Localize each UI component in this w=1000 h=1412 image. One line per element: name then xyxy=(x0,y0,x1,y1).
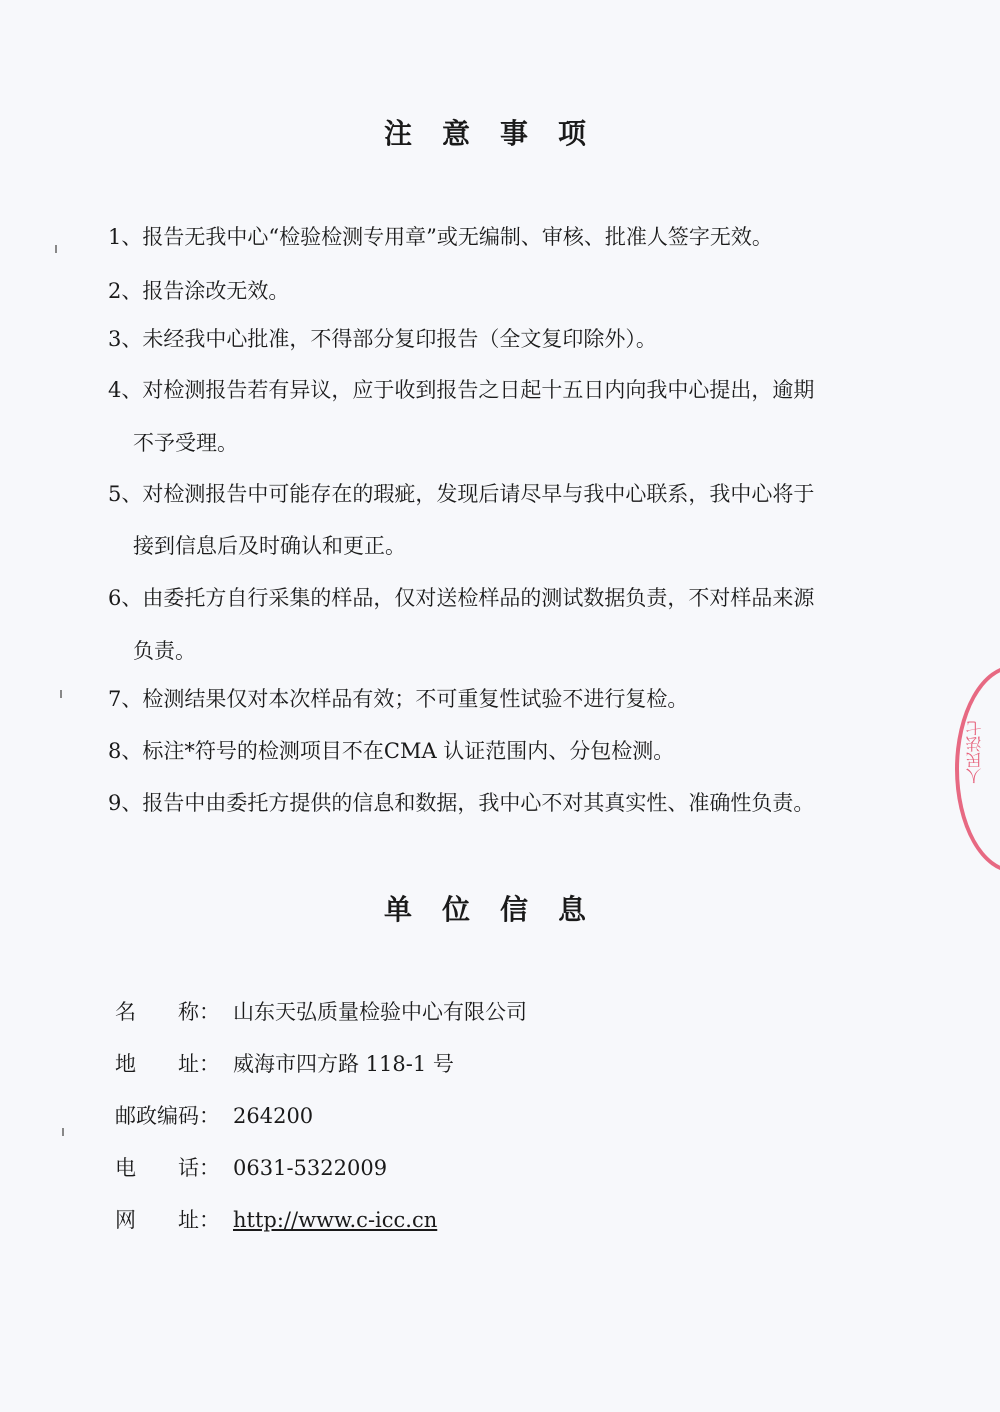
notice-item-8: 8、标注*符号的检测项目不在CMA 认证范围内、分包检测。 xyxy=(108,738,674,764)
scan-mark xyxy=(55,245,57,253)
notice-item-3: 3、未经我中心批准，不得部分复印报告（全文复印除外）。 xyxy=(108,326,657,352)
scan-mark xyxy=(60,690,62,698)
stamp-text: 人民法七 xyxy=(963,720,986,784)
scan-mark xyxy=(62,1128,64,1136)
notice-item-5-cont: 接到信息后及时确认和更正。 xyxy=(133,533,406,559)
notice-item-9: 9、报告中由委托方提供的信息和数据，我中心不对其真实性、准确性负责。 xyxy=(108,790,814,816)
notice-item-2: 2、报告涂改无效。 xyxy=(108,278,289,304)
info-address: 地 址：威海市四方路 118-1 号 xyxy=(115,1051,454,1077)
notice-item-5: 5、对检测报告中可能存在的瑕疵，发现后请尽早与我中心联系，我中心将于 xyxy=(108,481,814,507)
notice-item-1: 1、报告无我中心“检验检测专用章”或无编制、审核、批准人签字无效。 xyxy=(108,224,773,250)
notice-title: 注意事项 xyxy=(0,112,1000,152)
website-link[interactable]: http://www.c-icc.cn xyxy=(233,1208,437,1232)
notice-item-4-cont: 不予受理。 xyxy=(133,430,238,456)
info-name: 名 称：山东天弘质量检验中心有限公司 xyxy=(115,999,527,1025)
info-website: 网 址：http://www.c-icc.cn xyxy=(115,1207,437,1233)
notice-item-6-cont: 负责。 xyxy=(133,638,196,664)
notice-item-4: 4、对检测报告若有异议，应于收到报告之日起十五日内向我中心提出，逾期 xyxy=(108,377,814,403)
info-postcode: 邮政编码：264200 xyxy=(115,1103,313,1129)
info-phone: 电 话：0631-5322009 xyxy=(115,1155,387,1181)
unit-info-title: 单位信息 xyxy=(0,888,1000,928)
notice-item-6: 6、由委托方自行采集的样品，仅对送检样品的测试数据负责，不对样品来源 xyxy=(108,585,814,611)
notice-item-7: 7、检测结果仅对本次样品有效；不可重复性试验不进行复检。 xyxy=(108,686,688,712)
